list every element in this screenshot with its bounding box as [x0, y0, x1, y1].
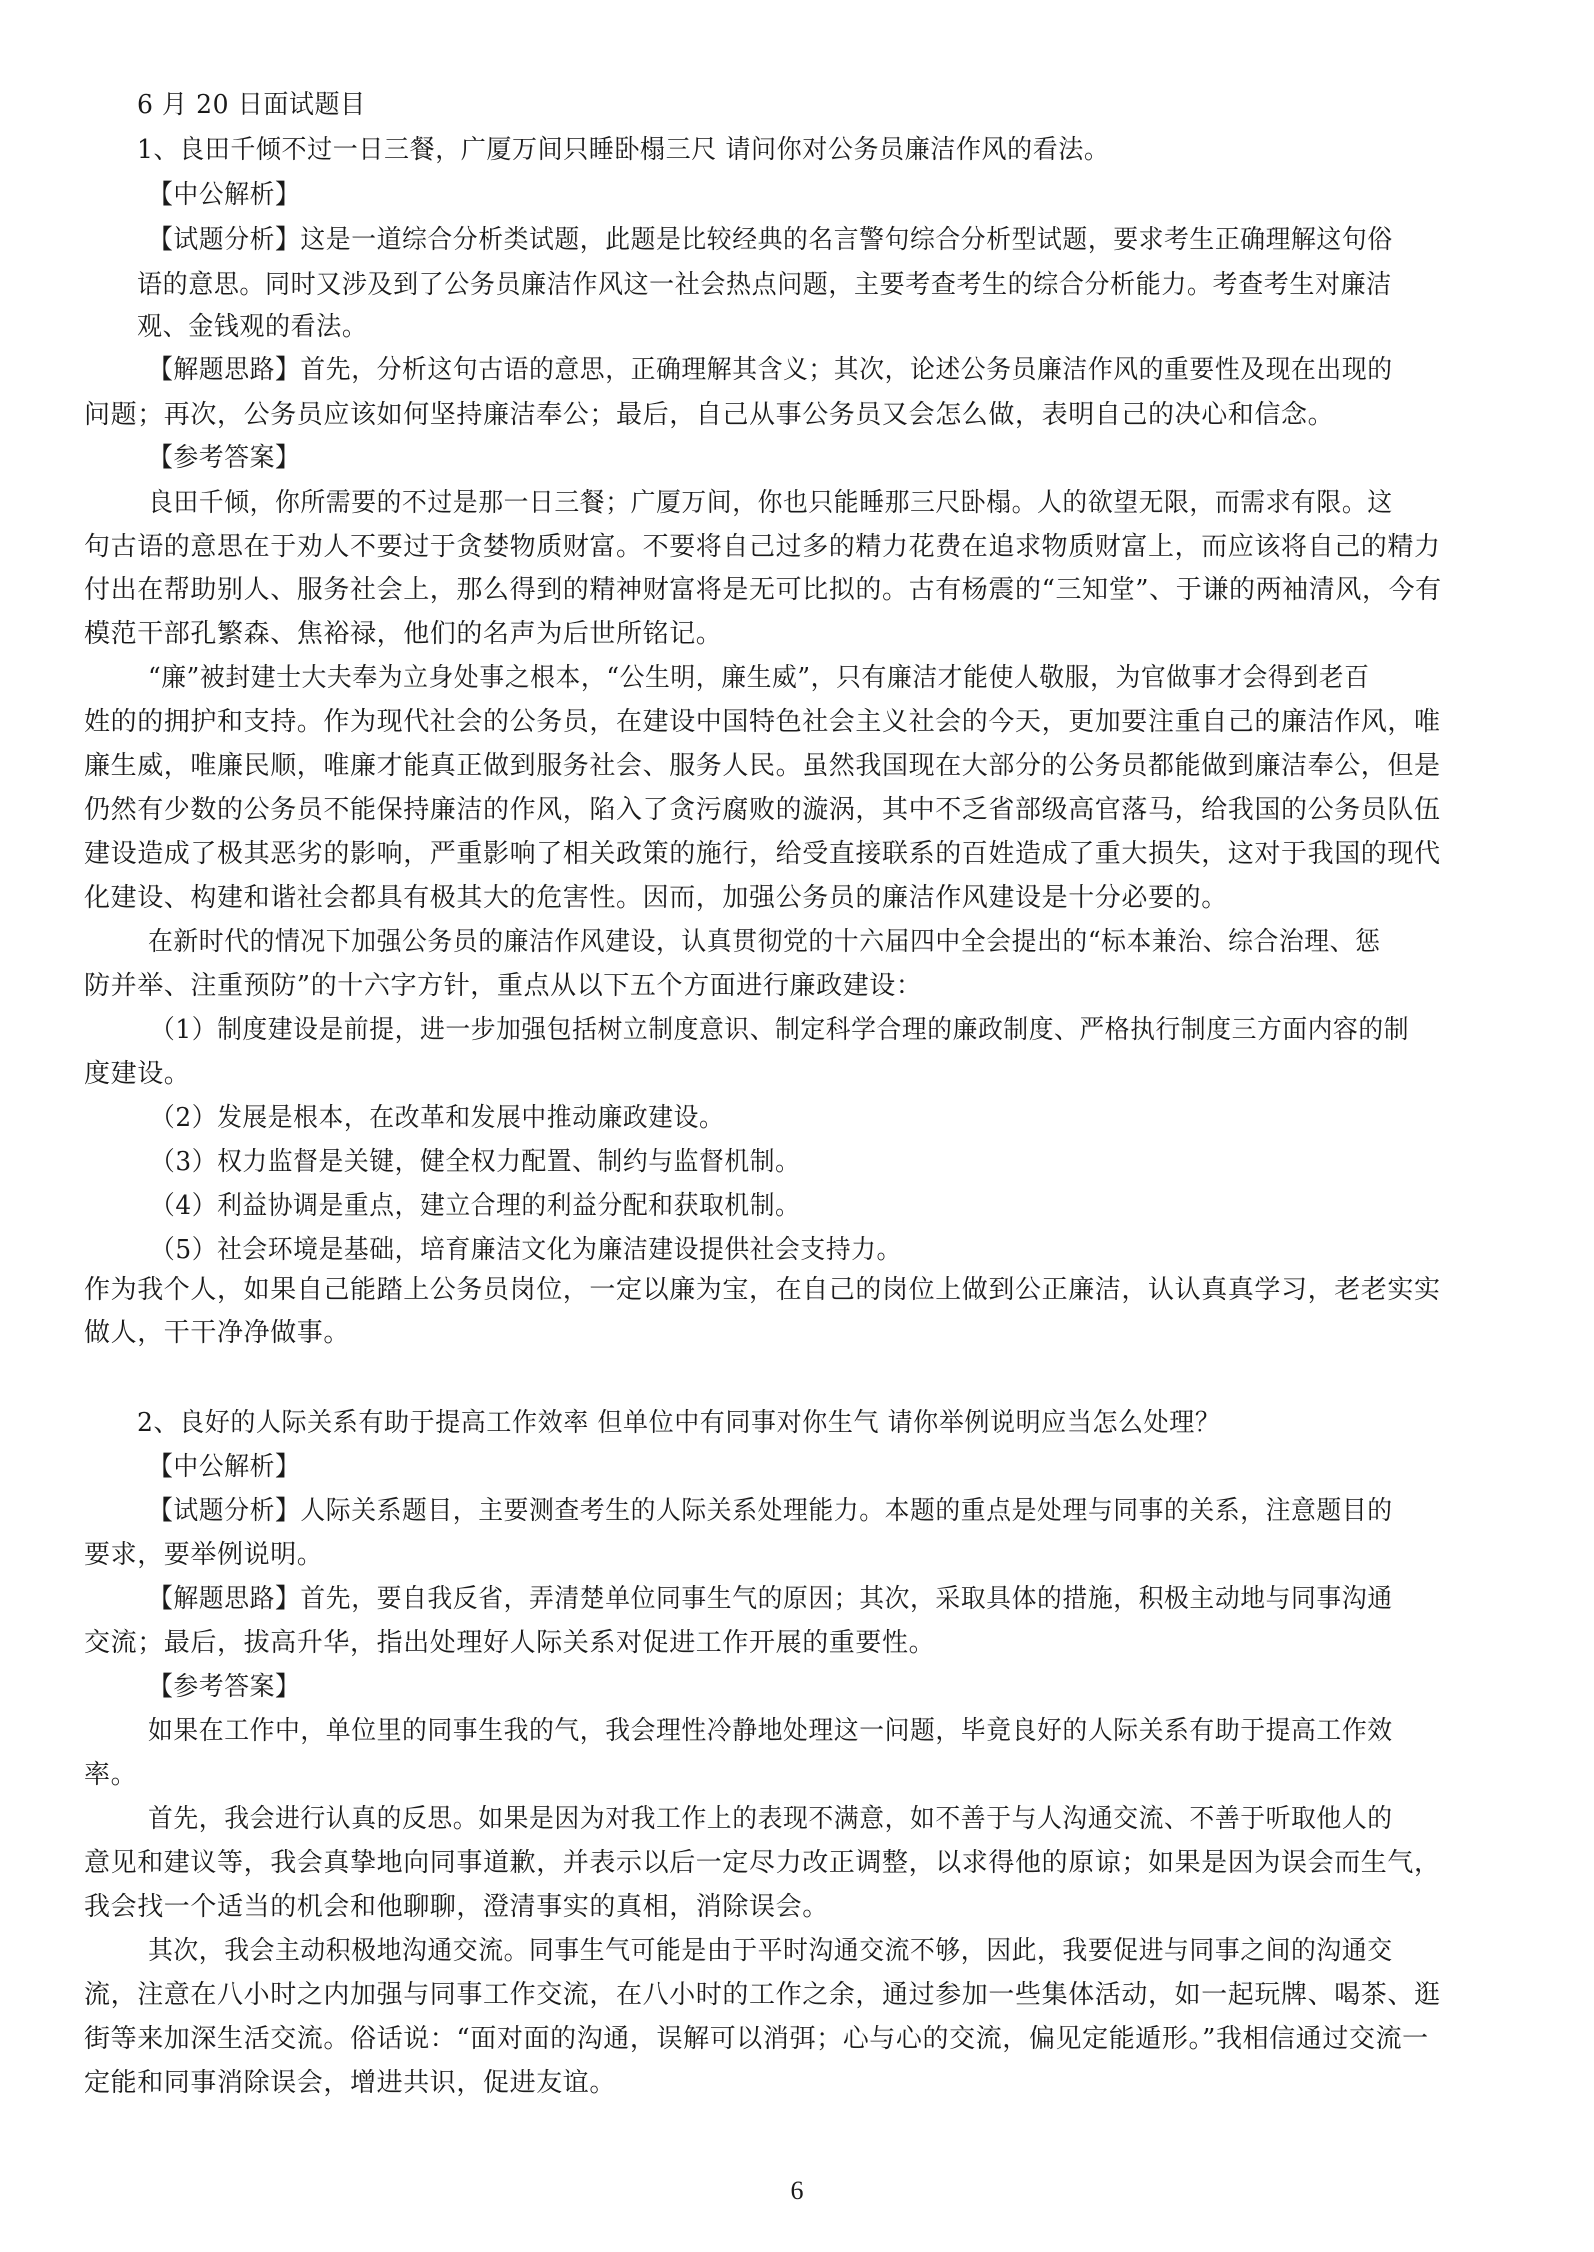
paragraph-line: 作为我个人，如果自己能踏上公务员岗位，一定以廉为宝，在自己的岗位上做到公正廉洁，…: [84, 1274, 1504, 1306]
paragraph-line: 交流；最后，拔高升华，指出处理好人际关系对促进工作开展的重要性。: [84, 1627, 1504, 1659]
list-item: （1）制度建设是前提，进一步加强包括树立制度意识、制定科学合理的廉政制度、严格执…: [150, 1014, 1504, 1046]
paragraph-line: 要求，要举例说明。: [84, 1539, 1504, 1571]
paragraph-line: 句古语的意思在于劝人不要过于贪婪物质财富。不要将自己过多的精力花费在追求物质财富…: [84, 531, 1504, 563]
paragraph-line: 【试题分析】人际关系题目，主要测查考生的人际关系处理能力。本题的重点是处理与同事…: [148, 1495, 1504, 1527]
paragraph-line: 化建设、构建和谐社会都具有极其大的危害性。因而，加强公务员的廉洁作风建设是十分必…: [84, 882, 1504, 914]
paragraph-line: 流，注意在八小时之内加强与同事工作交流，在八小时的工作之余，通过参加一些集体活动…: [84, 1979, 1504, 2011]
paragraph-line: 付出在帮助别人、服务社会上，那么得到的精神财富将是无可比拟的。古有杨震的“三知堂…: [84, 574, 1504, 606]
paragraph-line: 意见和建议等，我会真挚地向同事道歉，并表示以后一定尽力改正调整，以求得他的原谅；…: [84, 1847, 1504, 1879]
paragraph-line: 【解题思路】首先，要自我反省，弄清楚单位同事生气的原因；其次，采取具体的措施，积…: [148, 1583, 1504, 1615]
paragraph-line: 姓的的拥护和支持。作为现代社会的公务员，在建设中国特色社会主义社会的今天，更加要…: [84, 706, 1504, 738]
paragraph-line: 率。: [84, 1759, 1504, 1791]
paragraph-line: 其次，我会主动积极地沟通交流。同事生气可能是由于平时沟通交流不够，因此，我要促进…: [148, 1935, 1504, 1967]
paragraph-line: “廉”被封建士大夫奉为立身处事之根本，“公生明，廉生威”，只有廉洁才能使人敬服，…: [148, 662, 1504, 694]
paragraph-line: 语的意思。同时又涉及到了公务员廉洁作风这一社会热点问题，主要考查考生的综合分析能…: [137, 269, 1504, 301]
section-label: 【参考答案】: [148, 1671, 1504, 1703]
list-item-continuation: 度建设。: [84, 1058, 1504, 1090]
list-item: （5）社会环境是基础，培育廉洁文化为廉洁建设提供社会支持力。: [150, 1234, 1504, 1266]
section-label: 【中公解析】: [148, 179, 1504, 211]
list-item: （3）权力监督是关键，健全权力配置、制约与监督机制。: [150, 1146, 1504, 1178]
document-title: 6 月 20 日面试题目: [137, 89, 1504, 121]
paragraph-line: 防并举、注重预防”的十六字方针，重点从以下五个方面进行廉政建设：: [84, 970, 1504, 1002]
section-label: 【中公解析】: [148, 1451, 1504, 1483]
paragraph-line: 【解题思路】首先，分析这句古语的意思，正确理解其含义；其次，论述公务员廉洁作风的…: [148, 354, 1504, 386]
question-2-heading: 2、良好的人际关系有助于提高工作效率 但单位中有同事对你生气 请你举例说明应当怎…: [137, 1407, 1504, 1439]
paragraph-line: 我会找一个适当的机会和他聊聊，澄清事实的真相，消除误会。: [84, 1891, 1504, 1923]
list-item: （2）发展是根本，在改革和发展中推动廉政建设。: [150, 1102, 1504, 1134]
paragraph-line: 廉生威，唯廉民顺，唯廉才能真正做到服务社会、服务人民。虽然我国现在大部分的公务员…: [84, 750, 1504, 782]
question-1-heading: 1、良田千倾不过一日三餐，广厦万间只睡卧榻三尺 请问你对公务员廉洁作风的看法。: [137, 134, 1504, 166]
paragraph-line: 良田千倾，你所需要的不过是那一日三餐；广厦万间，你也只能睡那三尺卧榻。人的欲望无…: [148, 487, 1504, 519]
paragraph-line: 在新时代的情况下加强公务员的廉洁作风建设，认真贯彻党的十六届四中全会提出的“标本…: [148, 926, 1504, 958]
list-item: （4）利益协调是重点，建立合理的利益分配和获取机制。: [150, 1190, 1504, 1222]
document-page: 6 月 20 日面试题目 1、良田千倾不过一日三餐，广厦万间只睡卧榻三尺 请问你…: [0, 0, 1594, 2252]
paragraph-line: 定能和同事消除误会，增进共识，促进友谊。: [84, 2067, 1504, 2099]
paragraph-line: 【试题分析】这是一道综合分析类试题，此题是比较经典的名言警句综合分析型试题，要求…: [148, 224, 1504, 256]
section-label: 【参考答案】: [148, 442, 1504, 474]
paragraph-line: 建设造成了极其恶劣的影响，严重影响了相关政策的施行，给受直接联系的百姓造成了重大…: [84, 838, 1504, 870]
paragraph-line: 首先，我会进行认真的反思。如果是因为对我工作上的表现不满意，如不善于与人沟通交流…: [148, 1803, 1504, 1835]
page-number: 6: [0, 2176, 1594, 2206]
paragraph-line: 仍然有少数的公务员不能保持廉洁的作风，陷入了贪污腐败的漩涡，其中不乏省部级高官落…: [84, 794, 1504, 826]
paragraph-line: 做人，干干净净做事。: [84, 1317, 1504, 1349]
paragraph-line: 如果在工作中，单位里的同事生我的气，我会理性冷静地处理这一问题，毕竟良好的人际关…: [148, 1715, 1504, 1747]
paragraph-line: 模范干部孔繁森、焦裕禄，他们的名声为后世所铭记。: [84, 618, 1504, 650]
paragraph-line: 观、金钱观的看法。: [137, 311, 1504, 343]
paragraph-line: 问题；再次，公务员应该如何坚持廉洁奉公；最后，自己从事公务员又会怎么做，表明自己…: [84, 399, 1504, 431]
paragraph-line: 街等来加深生活交流。俗话说：“面对面的沟通，误解可以消弭；心与心的交流，偏见定能…: [84, 2023, 1504, 2055]
